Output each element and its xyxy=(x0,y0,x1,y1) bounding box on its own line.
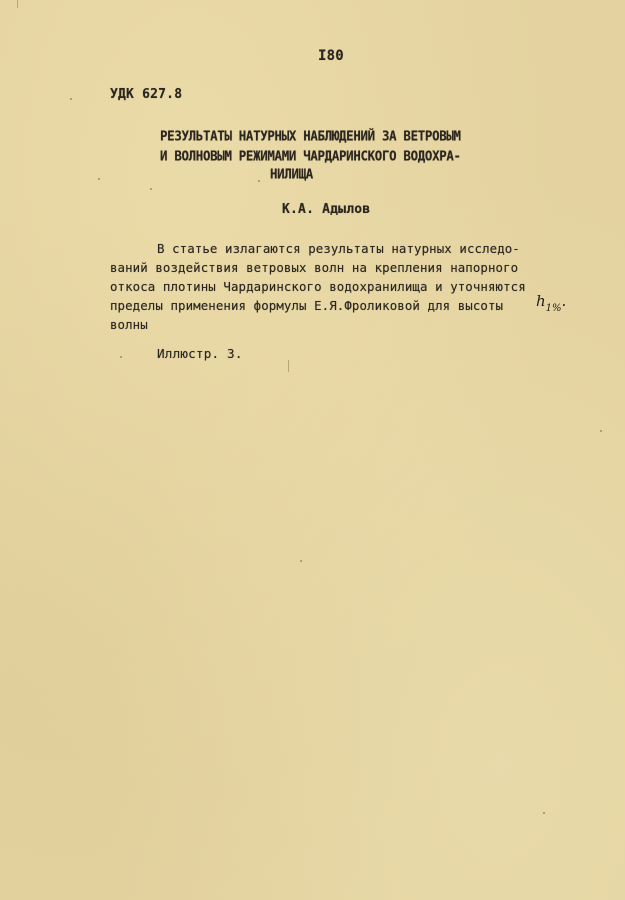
paper-crease xyxy=(288,360,289,372)
paper-speck xyxy=(70,98,72,100)
paper-speck xyxy=(300,560,302,562)
paper-speck xyxy=(98,178,100,180)
paper-speck xyxy=(258,180,260,182)
paper-speck xyxy=(600,430,602,432)
illustrations-count: Иллюстр. 3. xyxy=(157,345,243,362)
abstract-line-2: ваний воздействия ветровых волн на крепл… xyxy=(110,259,518,276)
page-number: I80 xyxy=(318,48,344,65)
formula-subscript: 1% xyxy=(546,303,562,314)
udk-code: УДК 627.8 xyxy=(110,86,182,103)
paper-speck xyxy=(150,188,152,190)
title-line-3: НИЛИЩА xyxy=(270,164,313,183)
abstract-line-5: волны xyxy=(110,316,148,333)
paper-speck xyxy=(120,356,122,358)
abstract-line-4: пределы применения формулы Е.Я.Фроликово… xyxy=(110,297,503,314)
abstract-line-1: В статье излагаются результаты натурных … xyxy=(157,240,520,257)
abstract-line-3: откоса плотины Чардаринского водохранили… xyxy=(110,278,526,295)
title-line-1: РЕЗУЛЬТАТЫ НАТУРНЫХ НАБЛЮДЕНИЙ ЗА ВЕТРОВ… xyxy=(160,126,461,145)
author-name: К.А. Адылов xyxy=(282,201,370,218)
title-line-2: И ВОЛНОВЫМ РЕЖИМАМИ ЧАРДАРИНСКОГО ВОДОХР… xyxy=(160,146,461,165)
formula-trailing-dot: . xyxy=(562,292,567,310)
paper-crease xyxy=(17,0,18,8)
handwritten-wave-height-formula: h1%. xyxy=(536,292,566,310)
paper-speck xyxy=(543,812,545,814)
formula-symbol: h xyxy=(536,292,546,310)
scanned-page: I80 УДК 627.8 РЕЗУЛЬТАТЫ НАТУРНЫХ НАБЛЮД… xyxy=(0,0,625,900)
